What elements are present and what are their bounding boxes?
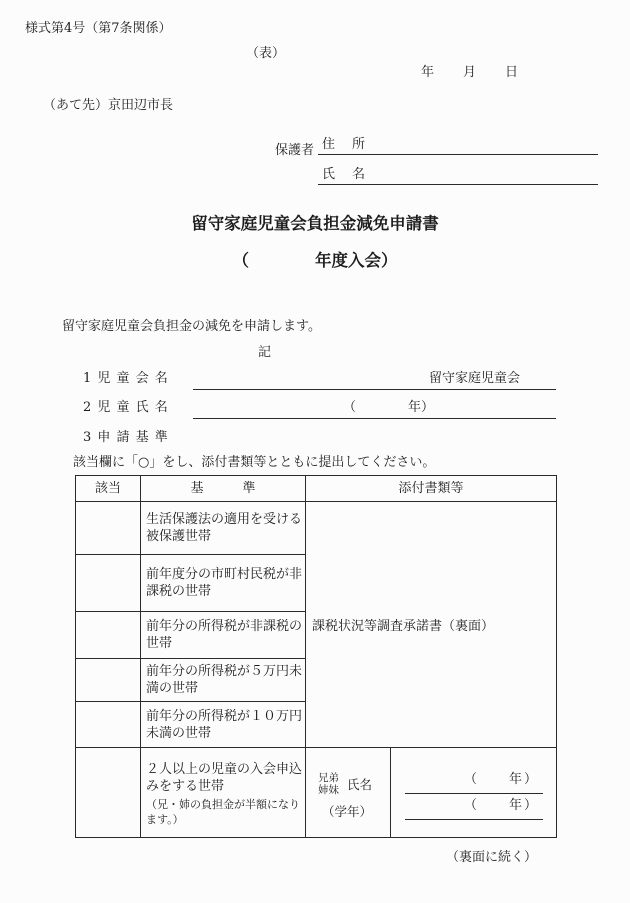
sibling-entry-line-1: （ 年） [405, 768, 543, 794]
sibling-entry-2-grade: （ 年） [464, 798, 539, 813]
sibling-elder-label: 兄弟 [318, 772, 339, 784]
item-club-name-row: 1 児 童 会 名 留守家庭児童会 [0, 369, 630, 390]
item-club-name-field: 留守家庭児童会 [193, 369, 556, 390]
sibling-entry-line-2: （ 年） [405, 794, 543, 820]
siblings-label-top: 兄弟 姉妹 氏名 [318, 772, 388, 796]
application-form-page: 様式第4号（第7条関係） （表） 年 月 日 （あて先）京田辺市長 保護者 住 … [0, 0, 630, 903]
item-criteria-row: 3 申 請 基 準 [0, 428, 630, 446]
item-child-grade-value: （ 年） [193, 398, 556, 417]
criterion-cell: 前年分の所得税が１０万円未満の世帯 [141, 702, 306, 748]
header-applicable: 該当 [76, 476, 141, 502]
item-child-name-row: 2 児 童 氏 名 （ 年） [0, 398, 630, 419]
criteria-table: 該当 基 準 添付書類等 生活保護法の適用を受ける被保護世帯 課税状況等調査承諾… [75, 475, 557, 838]
item-criteria-label: 3 申 請 基 準 [83, 428, 169, 447]
item-child-name-field: （ 年） [193, 398, 556, 419]
guardian-name-field: 氏 名 [318, 167, 598, 185]
criterion-cell: 生活保護法の適用を受ける被保護世帯 [141, 502, 306, 555]
applicable-mark-cell [76, 502, 141, 555]
ki-heading: 記 [258, 341, 271, 360]
instruction-line: 該当欄に「○」をし、添付書類等とともに提出してください。 [73, 451, 435, 470]
guardian-label: 保護者 [275, 139, 314, 158]
criterion-cell: 前年分の所得税が非課税の世帯 [141, 612, 306, 659]
item-club-name-label: 1 児 童 会 名 [83, 369, 169, 388]
criterion-cell: 前年分の所得税が５万円未満の世帯 [141, 659, 306, 702]
document-title: 留守家庭児童会負担金減免申請書 [0, 210, 630, 234]
date-line: 年 月 日 [421, 61, 519, 80]
criterion-siblings-main: ２人以上の児童の入会申込みをする世帯 [146, 761, 303, 795]
siblings-stack: 兄弟 姉妹 [318, 772, 339, 796]
form-number: 様式第4号（第7条関係） [25, 17, 172, 36]
front-side-label: （表） [246, 42, 285, 61]
header-criteria: 基 準 [141, 476, 306, 502]
criterion-cell: 前年度分の市町村民税が非課税の世帯 [141, 555, 306, 612]
applicable-mark-cell [76, 612, 141, 659]
table-header-row: 該当 基 準 添付書類等 [76, 476, 557, 502]
continue-on-back-note: （裏面に続く） [446, 846, 537, 865]
addressee-line: （あて先）京田辺市長 [43, 94, 173, 113]
criterion-cell-siblings: ２人以上の児童の入会申込みをする世帯 （兄・姉の負担金が半額になります。） [141, 748, 306, 838]
guardian-address-field: 住 所 [318, 137, 598, 155]
sibling-entries-cell: （ 年） （ 年） [391, 748, 557, 838]
name-label: 氏 名 [322, 167, 367, 182]
applicable-mark-cell [76, 748, 141, 838]
document-subtitle: （ 年度入会） [0, 247, 630, 271]
applicable-mark-cell [76, 659, 141, 702]
address-label: 住 所 [322, 137, 367, 152]
applicable-mark-cell [76, 702, 141, 748]
sibling-name-label: 氏名 [347, 775, 372, 793]
sibling-entry-1-grade: （ 年） [464, 772, 539, 787]
criterion-siblings-note: （兄・姉の負担金が半額になります。） [146, 797, 303, 827]
header-attachments: 添付書類等 [306, 476, 557, 502]
table-row: 生活保護法の適用を受ける被保護世帯 課税状況等調査承諾書（裏面） [76, 502, 557, 555]
applicable-mark-cell [76, 555, 141, 612]
sibling-grade-label: （学年） [318, 802, 388, 820]
table-row-siblings: ２人以上の児童の入会申込みをする世帯 （兄・姉の負担金が半額になります。） 兄弟… [76, 748, 557, 838]
item-club-name-value: 留守家庭児童会 [193, 369, 556, 388]
sibling-younger-label: 姉妹 [318, 784, 339, 796]
item-child-name-label: 2 児 童 氏 名 [83, 398, 169, 417]
attachment-note-cell: 課税状況等調査承諾書（裏面） [306, 502, 557, 748]
application-statement: 留守家庭児童会負担金の減免を申請します。 [62, 315, 321, 334]
siblings-label-cell: 兄弟 姉妹 氏名 （学年） [306, 748, 391, 838]
